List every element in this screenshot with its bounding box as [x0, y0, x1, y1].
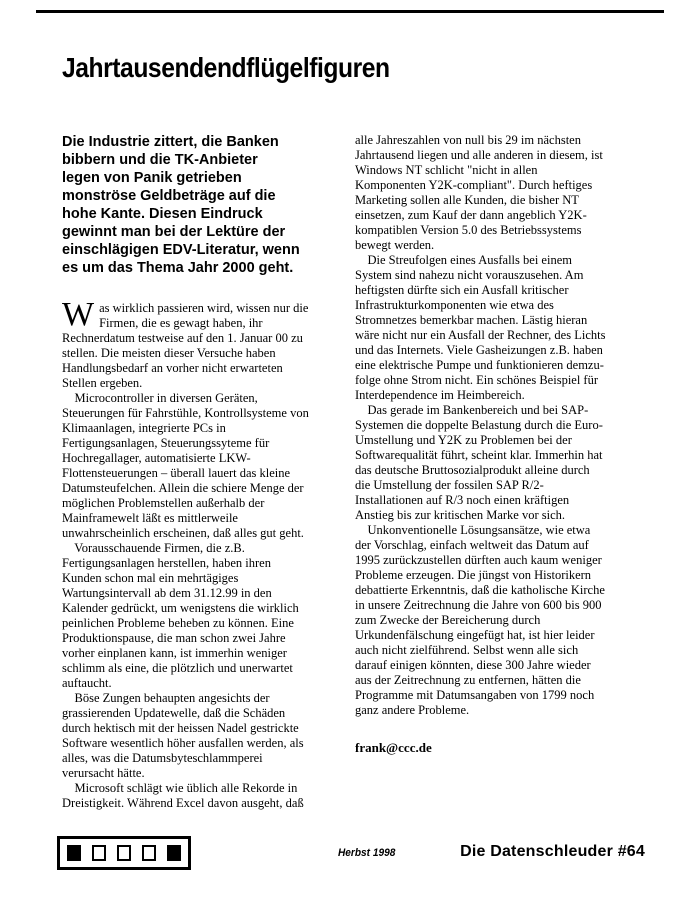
paragraph: Unkonventionelle Lösungsansätze, wie etw…: [355, 523, 650, 718]
magazine-page: Jahrtausendendflügelfiguren Die Industri…: [0, 0, 700, 906]
article-title: Jahrtausendendflügelfiguren: [62, 52, 390, 84]
issue-date: Herbst 1998: [338, 847, 395, 859]
right-column: alle Jahreszahlen von null bis 29 im näc…: [355, 133, 650, 811]
paragraph: Die Streufolgen eines Ausfalls bei einem…: [355, 253, 650, 403]
article-lede: Die Industrie zittert, die Banken bibber…: [62, 133, 345, 277]
page-marker-square-empty: [92, 845, 106, 861]
page-marker-box: [57, 836, 191, 870]
top-rule: [36, 10, 664, 13]
page-marker-square-filled: [67, 845, 81, 861]
paragraph: Böse Zungen behaupten angesichts der gra…: [62, 691, 345, 781]
page-marker-square-empty: [142, 845, 156, 861]
paragraph: alle Jahreszahlen von null bis 29 im näc…: [355, 133, 650, 253]
page-marker-square-filled: [167, 845, 181, 861]
page-marker-square-empty: [117, 845, 131, 861]
author-email: frank@ccc.de: [355, 740, 650, 756]
paragraph: Microcontroller in diversen Geräten, Ste…: [62, 391, 345, 541]
paragraph: Das gerade im Bankenbereich und bei SAP-…: [355, 403, 650, 523]
dropcap-letter: W: [62, 301, 99, 329]
magazine-title: Die Datenschleuder #64: [460, 843, 645, 861]
right-column-body: alle Jahreszahlen von null bis 29 im näc…: [355, 133, 650, 718]
article-columns: Die Industrie zittert, die Banken bibber…: [62, 133, 650, 811]
left-column: Die Industrie zittert, die Banken bibber…: [62, 133, 345, 811]
paragraph-text: as wirklich passieren wird, wissen nur d…: [62, 301, 308, 390]
paragraph: Microsoft schlägt wie üblich alle Rekord…: [62, 781, 345, 811]
paragraph: Vorausschauende Firmen, die z.B. Fertigu…: [62, 541, 345, 691]
paragraph: Was wirklich passieren wird, wissen nur …: [62, 301, 345, 391]
left-column-body: Was wirklich passieren wird, wissen nur …: [62, 301, 345, 811]
